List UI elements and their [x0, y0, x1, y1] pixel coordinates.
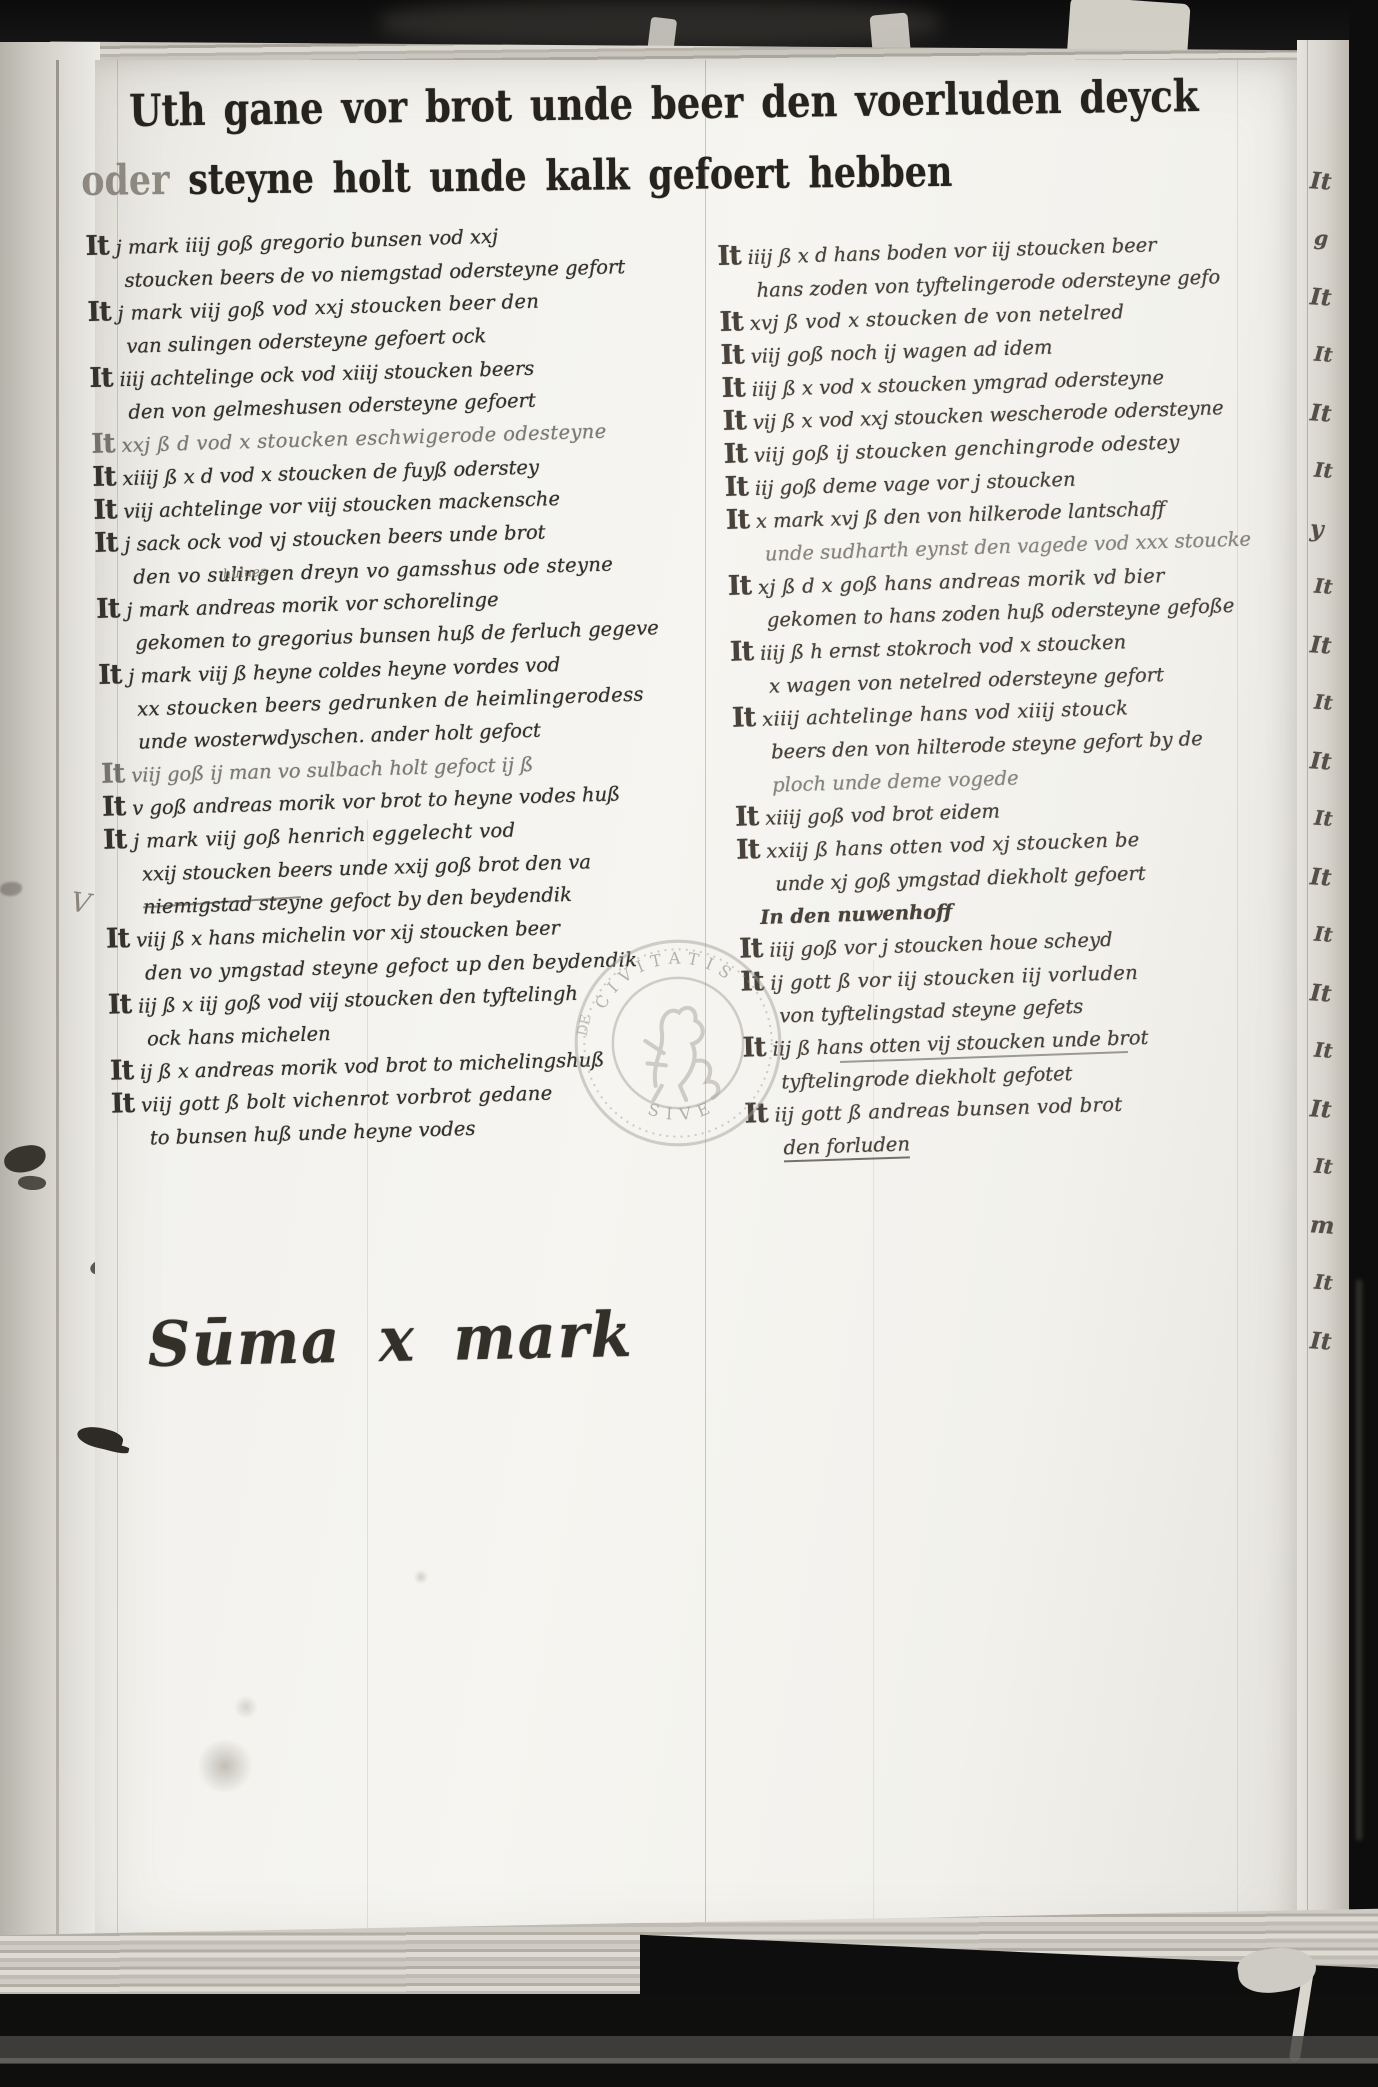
entry-text: ock hans michelen — [147, 1022, 331, 1050]
table-surface-highlight — [0, 2058, 1378, 2063]
item-initial: It — [85, 230, 109, 262]
item-initial-glyph: It — [1307, 167, 1335, 227]
seal-rim-text-left: DE — [575, 1013, 595, 1038]
paper-stain — [413, 1570, 429, 1584]
item-initial: It — [108, 989, 132, 1021]
item-initial: It — [110, 1088, 134, 1120]
svg-text:SIVE: SIVE — [646, 1096, 720, 1125]
archive-seal-stamp: CIVITATIS SIVE DE — [566, 931, 790, 1155]
manuscript-photo: Uth gane vor brot unde beer den voerlude… — [0, 0, 1378, 2087]
backdrop-right — [1349, 0, 1378, 2087]
item-initial-glyph: It — [1307, 979, 1335, 1039]
item-initial: It — [106, 923, 130, 955]
item-initial: It — [735, 801, 759, 833]
item-initial: It — [92, 461, 116, 493]
item-initial-glyph: It — [1307, 631, 1335, 691]
item-initial: It — [729, 636, 753, 668]
item-initial: It — [98, 659, 122, 691]
backdrop-highlight — [1356, 1280, 1362, 1840]
item-initial: It — [719, 306, 743, 338]
item-initial: It — [103, 824, 127, 856]
heading-faded-word: oder — [81, 155, 170, 205]
item-initial-glyph: It — [1307, 283, 1335, 343]
entry-text: to bunsen huß unde heyne vodes — [150, 1117, 476, 1150]
item-initial-glyph: It — [1307, 341, 1335, 401]
item-initial-glyph: It — [1307, 1327, 1335, 1387]
item-initial: It — [96, 593, 120, 625]
item-initial: It — [110, 1055, 134, 1087]
entry-text: den forluden — [783, 1132, 910, 1162]
item-initial: It — [91, 428, 115, 460]
paper-stain — [195, 1740, 255, 1792]
page-heading-line1: Uth gane vor brot unde beer den voerlude… — [129, 71, 1199, 137]
item-initial-glyph: It — [1307, 921, 1335, 981]
item-initial-glyph: It — [1307, 1269, 1335, 1329]
facing-page-fore-edge: It g It It It It y It It It It It — [1297, 40, 1349, 1958]
item-initial: It — [736, 834, 760, 866]
seal-rim-text-bottom: SIVE — [646, 1096, 720, 1125]
item-initial: It — [717, 240, 741, 272]
seal-rim-text-top: CIVITATIS — [591, 949, 741, 1013]
page-heading-line2: oder steyne holt unde kalk gefoert hebbe… — [81, 147, 953, 205]
interlinear-note: hulues — [223, 564, 268, 582]
item-initial-glyph: g — [1307, 225, 1335, 285]
marginal-checkmark: V — [69, 887, 93, 920]
entry-text: xiiij goß vod brot eidem — [765, 799, 1000, 829]
item-initial: It — [94, 527, 118, 559]
item-initial: It — [93, 494, 117, 526]
item-initial: It — [721, 372, 745, 404]
item-initial-glyph: It — [1307, 399, 1335, 459]
paper-stain — [233, 1696, 259, 1718]
item-initial: It — [89, 362, 113, 394]
entry-text: In den nuwenhoff — [760, 900, 953, 929]
item-initial-glyph: It — [1307, 805, 1335, 865]
item-initial: It — [727, 570, 751, 602]
binding-gutter — [0, 42, 100, 2007]
item-initial-glyph: It — [1307, 689, 1335, 749]
item-initial: It — [102, 791, 126, 823]
item-initial-glyph: It — [1307, 863, 1335, 923]
item-initial: It — [722, 405, 746, 437]
item-initial: It — [732, 702, 756, 734]
item-initial-glyph: It — [1307, 1037, 1335, 1097]
item-initial: It — [724, 471, 748, 503]
item-initial-glyph: It — [1307, 1095, 1335, 1155]
item-initial: It — [723, 438, 747, 470]
item-initial-glyph: It — [1307, 457, 1335, 517]
svg-text:CIVITATIS: CIVITATIS — [591, 949, 741, 1013]
gutter-crease — [56, 60, 59, 1980]
item-initial-glyph: m — [1307, 1211, 1335, 1271]
item-initial: It — [725, 504, 749, 536]
fore-edge-item-initials: It g It It It It y It It It It It — [1309, 168, 1333, 1386]
item-initial-glyph: It — [1307, 1153, 1335, 1213]
lion-rampant-icon — [645, 1008, 718, 1100]
heading-line2-rest: steyne holt unde kalk gefoert hebben — [188, 147, 953, 204]
item-initial: It — [720, 339, 744, 371]
item-initial-glyph: It — [1307, 573, 1335, 633]
item-initial-glyph: It — [1307, 747, 1335, 807]
summa-total-line: Sūma x mark — [147, 1298, 634, 1381]
item-initial: It — [87, 296, 111, 328]
item-initial: It — [101, 758, 125, 790]
right-entry-column: Itiiij ß x d hans boden vor iij stoucken… — [717, 224, 1270, 1164]
item-initial-glyph: y — [1307, 515, 1335, 575]
